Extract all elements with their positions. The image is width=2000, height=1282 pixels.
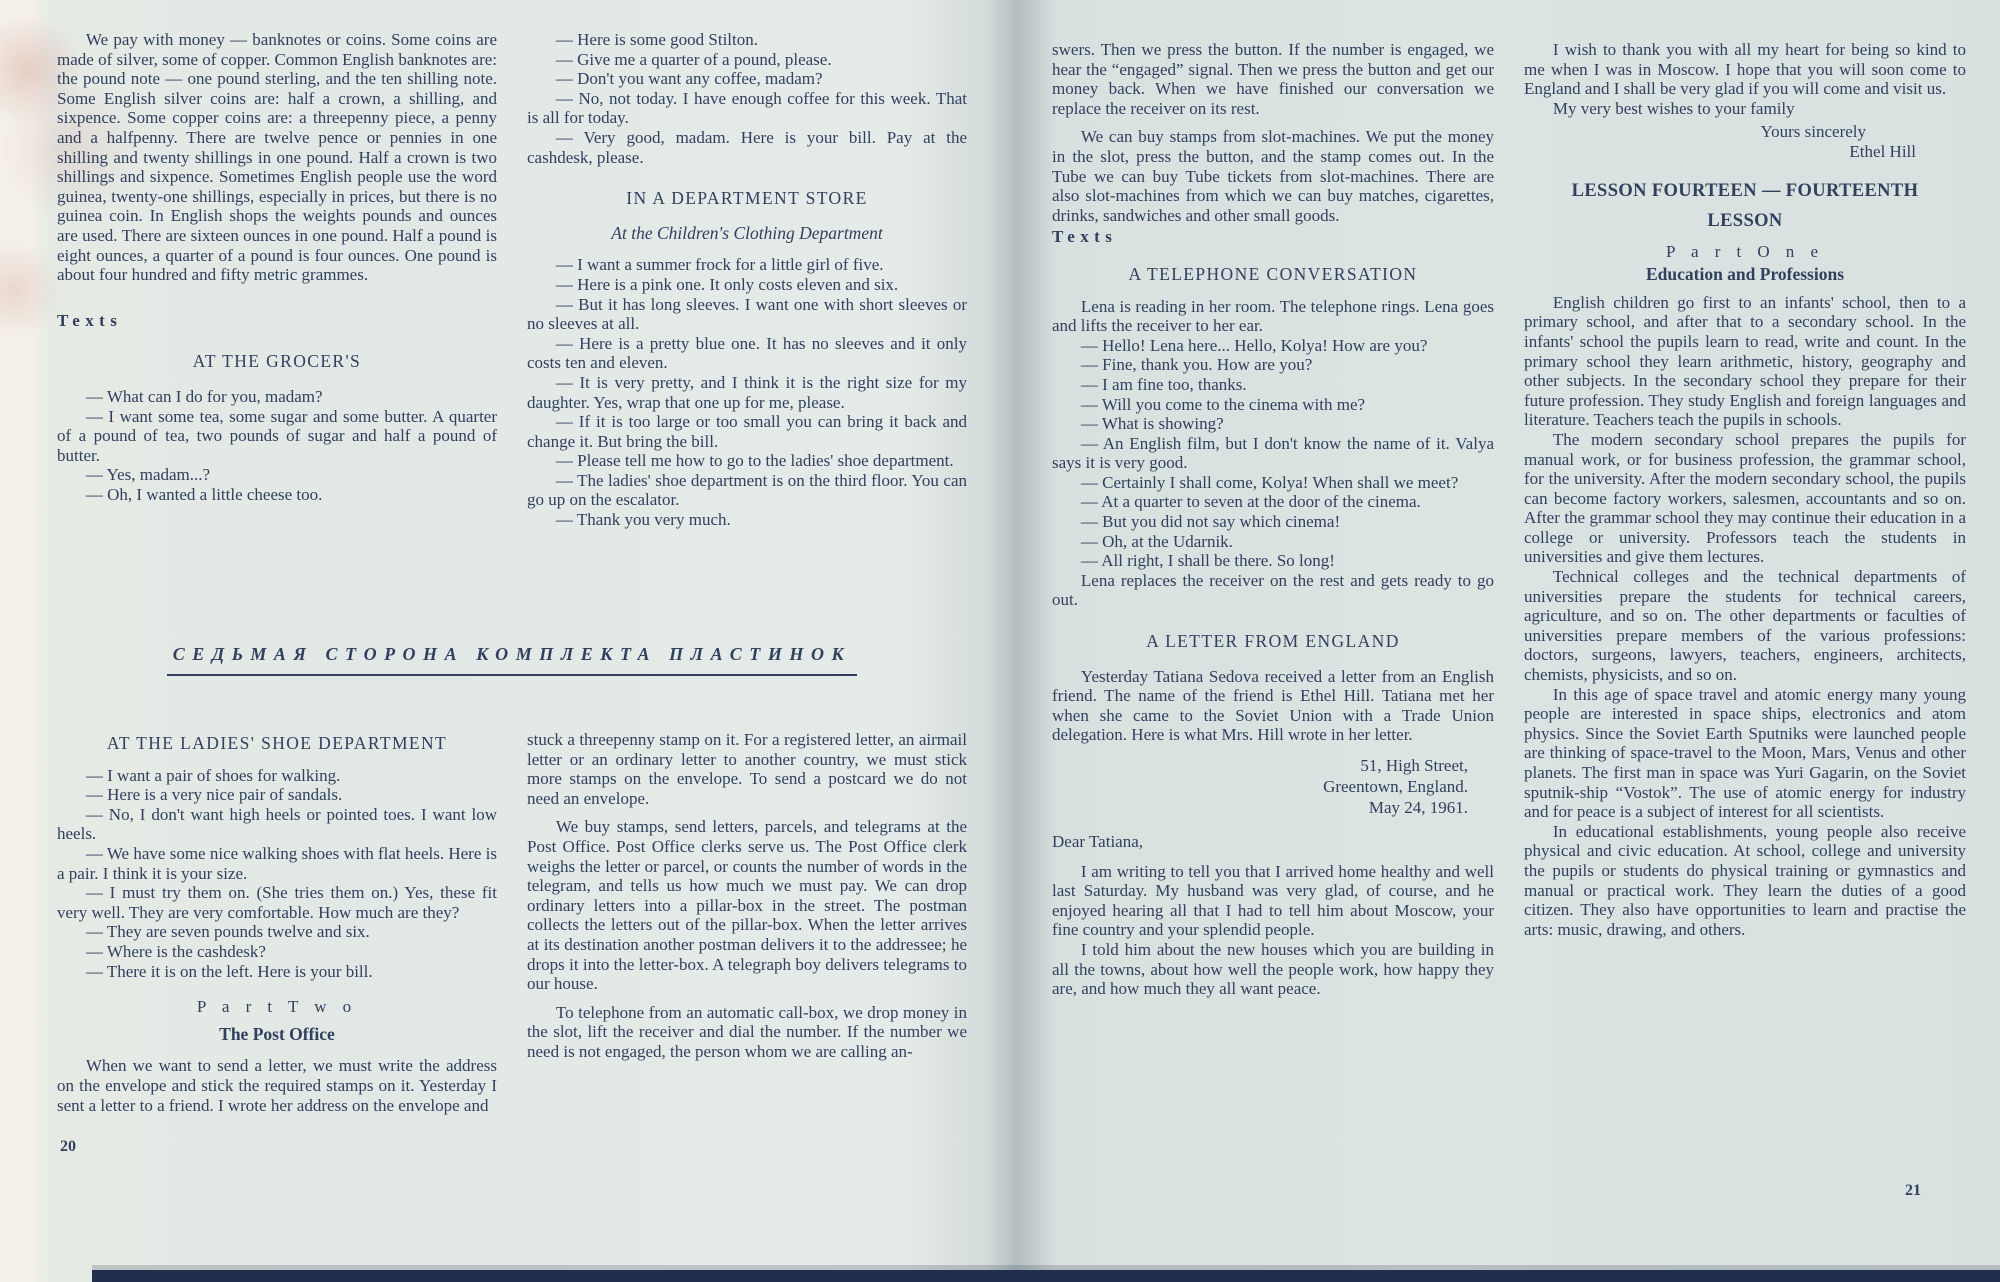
dialogue-line: — I want a pair of shoes for walking. xyxy=(57,766,497,786)
lesson-title-line-2: LESSON xyxy=(1707,211,1782,231)
dialogue-line: — Yes, madam...? xyxy=(57,465,497,485)
dialogue-line: — We have some nice walking shoes with f… xyxy=(57,844,497,883)
dialogue-line: — Certainly I shall come, Kolya! When sh… xyxy=(1052,473,1494,493)
heading-ladies-shoe-department: AT THE LADIES' SHOE DEPARTMENT xyxy=(57,734,497,754)
russian-section-heading-wrap: СЕДЬМАЯ СТОРОНА КОМПЛЕКТА ПЛАСТИНОК xyxy=(57,644,967,716)
texts-label: Texts xyxy=(57,311,497,331)
left-column-2-bottom: stuck a threepenny stamp on it. For a re… xyxy=(527,716,967,1115)
dialogue-line: — Give me a quarter of a pound, please. xyxy=(527,50,967,70)
letter-wishes-line: My very best wishes to your family xyxy=(1524,99,1966,119)
dialogue-line: — Don't you want any coffee, madam? xyxy=(527,69,967,89)
paragraph-education-4: In this age of space travel and atomic e… xyxy=(1524,685,1966,822)
paragraph-callbox: To telephone from an automatic call-box,… xyxy=(527,1003,967,1062)
paragraph-slot-machines: We can buy stamps from slot-machines. We… xyxy=(1052,127,1494,225)
dialogue-line: — Oh, at the Udarnik. xyxy=(1052,532,1494,552)
paragraph-buy-stamps: We buy stamps, send letters, parcels, an… xyxy=(527,817,967,993)
right-column-2: I wish to thank you with all my heart fo… xyxy=(1524,40,1966,999)
dialogue-line: — What can I do for you, madam? xyxy=(57,387,497,407)
letter-address: 51, High Street, Greentown, England. May… xyxy=(1052,755,1494,818)
letter-closing-signature: Ethel Hill xyxy=(1524,142,1966,162)
dialogue-line: — Please tell me how to go to the ladies… xyxy=(527,451,967,471)
left-column-1-top: We pay with money — banknotes or coins. … xyxy=(57,30,497,630)
dialogue-line: — Here is a pretty blue one. It has no s… xyxy=(527,334,967,373)
heading-education-and-professions: Education and Professions xyxy=(1524,265,1966,285)
letter-closing-sincerely: Yours sincerely xyxy=(1524,122,1966,142)
page-right: swers. Then we press the button. If the … xyxy=(1052,40,1967,999)
dialogue-line: — Where is the cashdesk? xyxy=(57,942,497,962)
dialogue-line: — I am fine too, thanks. xyxy=(1052,375,1494,395)
paragraph-letter-intro: Yesterday Tatiana Sedova received a lett… xyxy=(1052,667,1494,745)
dialogue-line: — It is very pretty, and I think it is t… xyxy=(527,373,967,412)
paragraph-letter-thanks: I wish to thank you with all my heart fo… xyxy=(1524,40,1966,99)
dialogue-line: — They are seven pounds twelve and six. xyxy=(57,922,497,942)
dialogue-line: — No, not today. I have enough coffee fo… xyxy=(527,89,967,128)
page-gutter-shadow xyxy=(985,0,1055,1282)
heading-telephone-conversation: A TELEPHONE CONVERSATION xyxy=(1052,265,1494,285)
paragraph-letter-body-1: I am writing to tell you that I arrived … xyxy=(1052,862,1494,940)
dialogue-line: — Oh, I wanted a little cheese too. xyxy=(57,485,497,505)
heading-at-the-grocers: AT THE GROCER'S xyxy=(57,352,497,372)
left-page-top-columns: We pay with money — banknotes or coins. … xyxy=(57,30,967,630)
dialogue-line: — Will you come to the cinema with me? xyxy=(1052,395,1494,415)
paragraph-money: We pay with money — banknotes or coins. … xyxy=(57,30,497,285)
dialogue-line: — Here is a pink one. It only costs elev… xyxy=(527,275,967,295)
paragraph-answers-continuation: swers. Then we press the button. If the … xyxy=(1052,40,1494,118)
part-one-label: P a r t O n e xyxy=(1524,242,1966,262)
book-spread: We pay with money — banknotes or coins. … xyxy=(0,0,2000,1282)
dialogue-line: — At a quarter to seven at the door of t… xyxy=(1052,492,1494,512)
paragraph-education-5: In educational establishments, young peo… xyxy=(1524,822,1966,940)
left-page-bottom-columns: AT THE LADIES' SHOE DEPARTMENT — I want … xyxy=(57,716,967,1115)
lesson-title-line-1: LESSON FOURTEEN — FOURTEENTH xyxy=(1572,181,1919,201)
russian-section-heading: СЕДЬМАЯ СТОРОНА КОМПЛЕКТА ПЛАСТИНОК xyxy=(167,644,858,676)
heading-the-post-office: The Post Office xyxy=(57,1025,497,1045)
paragraph-education-1: English children go first to an infants'… xyxy=(1524,293,1966,430)
dialogue-line: — But you did not say which cinema! xyxy=(1052,512,1494,532)
dialogue-line: — An English film, but I don't know the … xyxy=(1052,434,1494,473)
heading-in-a-department-store: IN A DEPARTMENT STORE xyxy=(527,189,967,209)
dialogue-line: — Very good, madam. Here is your bill. P… xyxy=(527,128,967,167)
page-number-21: 21 xyxy=(1905,1182,1921,1200)
dialogue-line: — Here is a very nice pair of sandals. xyxy=(57,785,497,805)
dialogue-line: — The ladies' shoe department is on the … xyxy=(527,471,967,510)
dialogue-line: — I must try them on. (She tries them on… xyxy=(57,883,497,922)
address-line: 51, High Street, xyxy=(1360,756,1468,775)
left-column-2-top: — Here is some good Stilton. — Give me a… xyxy=(527,30,967,630)
left-column-1-bottom: AT THE LADIES' SHOE DEPARTMENT — I want … xyxy=(57,716,497,1115)
dialogue-line: — Here is some good Stilton. xyxy=(527,30,967,50)
dialogue-line: — But it has long sleeves. I want one wi… xyxy=(527,295,967,334)
dialogue-line: — No, I don't want high heels or pointed… xyxy=(57,805,497,844)
right-column-1: swers. Then we press the button. If the … xyxy=(1052,40,1494,999)
page-left: We pay with money — banknotes or coins. … xyxy=(57,30,967,1115)
heading-letter-from-england: A LETTER FROM ENGLAND xyxy=(1052,632,1494,652)
dialogue-line: — Fine, thank you. How are you? xyxy=(1052,355,1494,375)
dialogue-line: — I want some tea, some sugar and some b… xyxy=(57,407,497,466)
dialogue-line: — There it is on the left. Here is your … xyxy=(57,962,497,982)
scan-edge-bottom xyxy=(92,1270,2000,1282)
part-two-label: P a r t T w o xyxy=(57,997,497,1017)
address-line: Greentown, England. xyxy=(1323,777,1468,796)
dialogue-line: — If it is too large or too small you ca… xyxy=(527,412,967,451)
address-line: May 24, 1961. xyxy=(1369,798,1468,817)
heading-lesson-fourteen: LESSON FOURTEEN — FOURTEENTH LESSON xyxy=(1524,176,1966,236)
dialogue-line: — Hello! Lena here... Hello, Kolya! How … xyxy=(1052,336,1494,356)
dialogue-line: — What is showing? xyxy=(1052,414,1494,434)
paragraph-phone-intro: Lena is reading in her room. The telepho… xyxy=(1052,297,1494,336)
texts-label: Texts xyxy=(1052,227,1494,247)
paragraph-stamp-continuation: stuck a threepenny stamp on it. For a re… xyxy=(527,730,967,808)
paragraph-letter-body-2: I told him about the new houses which yo… xyxy=(1052,940,1494,999)
paragraph-education-2: The modern secondary school prepares the… xyxy=(1524,430,1966,567)
paragraph-post-office: When we want to send a letter, we must w… xyxy=(57,1056,497,1115)
dialogue-line: — Thank you very much. xyxy=(527,510,967,530)
dialogue-line: — I want a summer frock for a little gir… xyxy=(527,255,967,275)
page-number-20: 20 xyxy=(60,1138,76,1156)
paragraph-education-3: Technical colleges and the technical dep… xyxy=(1524,567,1966,685)
dialogue-line: — All right, I shall be there. So long! xyxy=(1052,551,1494,571)
paragraph-phone-outro: Lena replaces the receiver on the rest a… xyxy=(1052,571,1494,610)
letter-salutation: Dear Tatiana, xyxy=(1052,832,1494,852)
subheading-childrens-clothing: At the Children's Clothing Department xyxy=(527,224,967,244)
